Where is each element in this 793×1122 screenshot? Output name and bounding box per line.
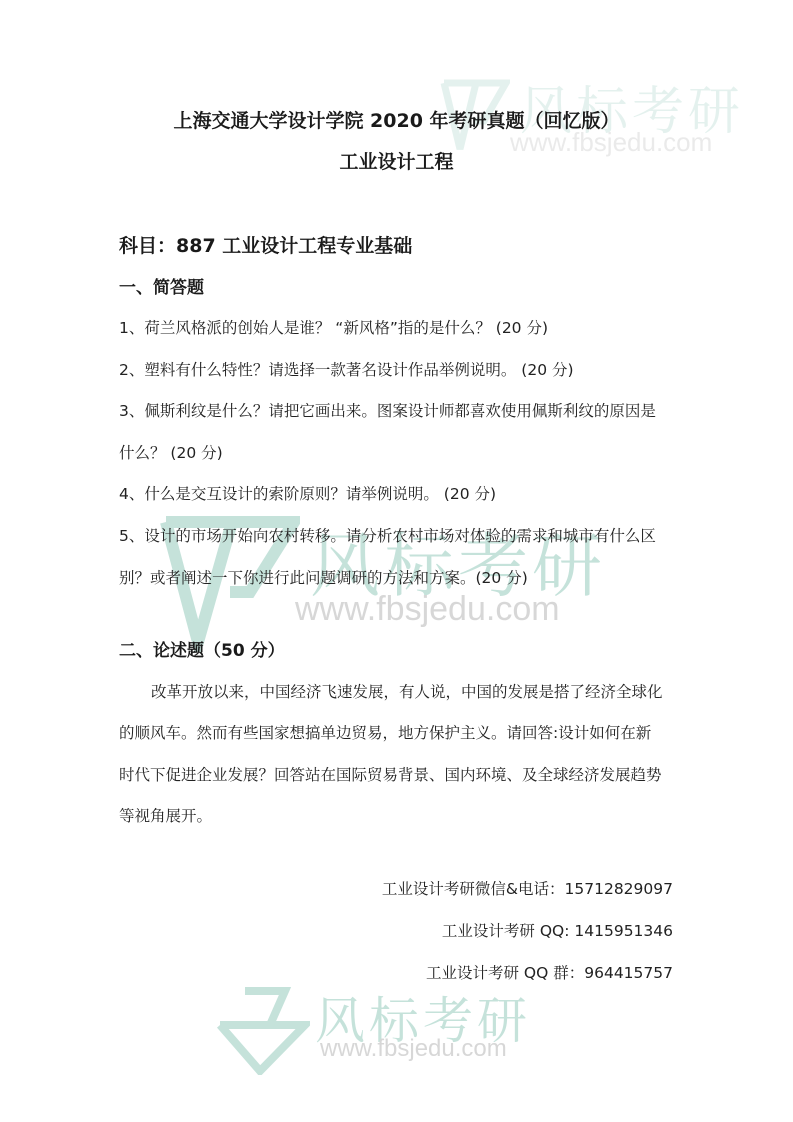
section1-heading: 一、简答题 — [119, 273, 204, 298]
question-5-line2: 别？或者阐述一下你进行此问题调研的方法和方案。(20 分) — [119, 566, 528, 588]
document-subtitle: 工业设计工程 — [0, 147, 793, 174]
watermark-bottom: 风标考研 www.fbsjedu.com — [215, 985, 555, 1075]
fb-logo-icon — [215, 985, 310, 1075]
document-title: 上海交通大学设计学院 2020 年考研真题（回忆版） — [0, 106, 793, 133]
subject-heading: 科目：887 工业设计工程专业基础 — [119, 231, 412, 258]
question-1: 1、荷兰风格派的创始人是谁？ “新风格”指的是什么？ (20 分) — [119, 316, 548, 338]
contact-qq-group: 工业设计考研 QQ 群：964415757 — [426, 961, 673, 983]
essay-line-1: 改革开放以来，中国经济飞速发展，有人说，中国的发展是搭了经济全球化 — [151, 680, 663, 702]
watermark-url: www.fbsjedu.com — [320, 1035, 507, 1063]
essay-line-3: 时代下促进企业发展？回答站在国际贸易背景、国内环境、及全球经济发展趋势 — [119, 763, 662, 785]
contact-qq: 工业设计考研 QQ: 1415951346 — [442, 919, 673, 941]
document-page: 风标考研 www.fbsjedu.com 风标考研 www.fbsjedu.co… — [0, 0, 793, 1122]
contact-wechat-phone: 工业设计考研微信&电话：15712829097 — [382, 877, 673, 899]
section2-heading: 二、论述题（50 分） — [119, 636, 285, 661]
watermark-url: www.fbsjedu.com — [295, 590, 560, 629]
question-3-line2: 什么？ (20 分) — [119, 441, 223, 463]
question-4: 4、什么是交互设计的索阶原则？请举例说明。 (20 分) — [119, 482, 496, 504]
essay-line-2: 的顺风车。然而有些国家想搞单边贸易，地方保护主义。请回答:设计如何在新 — [119, 721, 651, 743]
question-2: 2、塑料有什么特性？请选择一款著名设计作品举例说明。 (20 分) — [119, 358, 574, 380]
question-3-line1: 3、佩斯利纹是什么？请把它画出来。图案设计师都喜欢使用佩斯利纹的原因是 — [119, 399, 656, 421]
watermark-brand: 风标考研 — [315, 981, 531, 1053]
question-5-line1: 5、设计的市场开始向农村转移。请分析农村市场对体验的需求和城市有什么区 — [119, 524, 656, 546]
essay-line-4: 等视角展开。 — [119, 804, 212, 826]
